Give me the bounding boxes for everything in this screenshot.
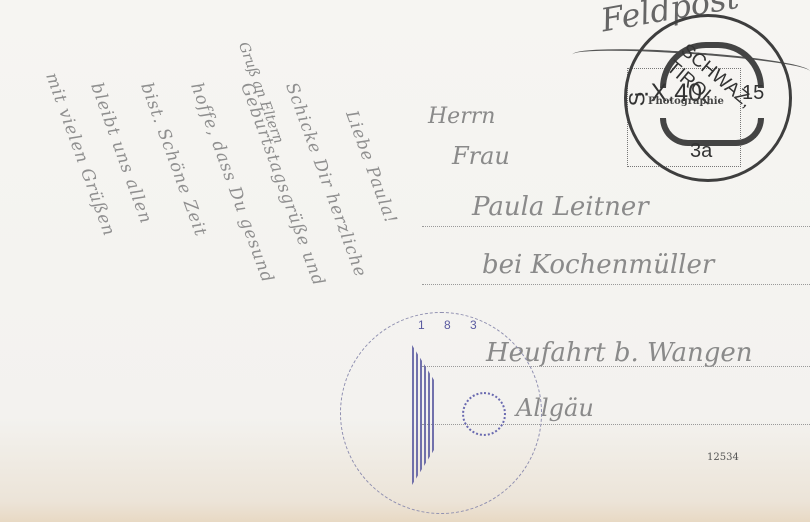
address-name: Paula Leitner: [472, 192, 649, 222]
postcard: Feldpost SCHWAZ, TIROL S -·X.40 15 Photo…: [0, 0, 810, 522]
postmark-photographie-label: Photographie: [648, 96, 724, 107]
card-number: 12534: [707, 452, 739, 463]
address-line-2-rule: [422, 284, 810, 285]
military-stamp-ring: [340, 312, 542, 514]
address-line-2: bei Kochenmüller: [482, 250, 714, 280]
wreath-icon: [462, 392, 506, 436]
address-line-1-rule: [422, 226, 810, 227]
address-salutation-frau: Frau: [452, 142, 510, 170]
postmark-hour: 15: [742, 82, 764, 105]
postmark-office-code: 3a: [690, 140, 712, 163]
address-salutation-herrn: Herrn: [428, 104, 495, 129]
military-stamp-digits: 1 8 3: [418, 318, 485, 332]
message-line: Liebe Paula!: [341, 108, 401, 227]
